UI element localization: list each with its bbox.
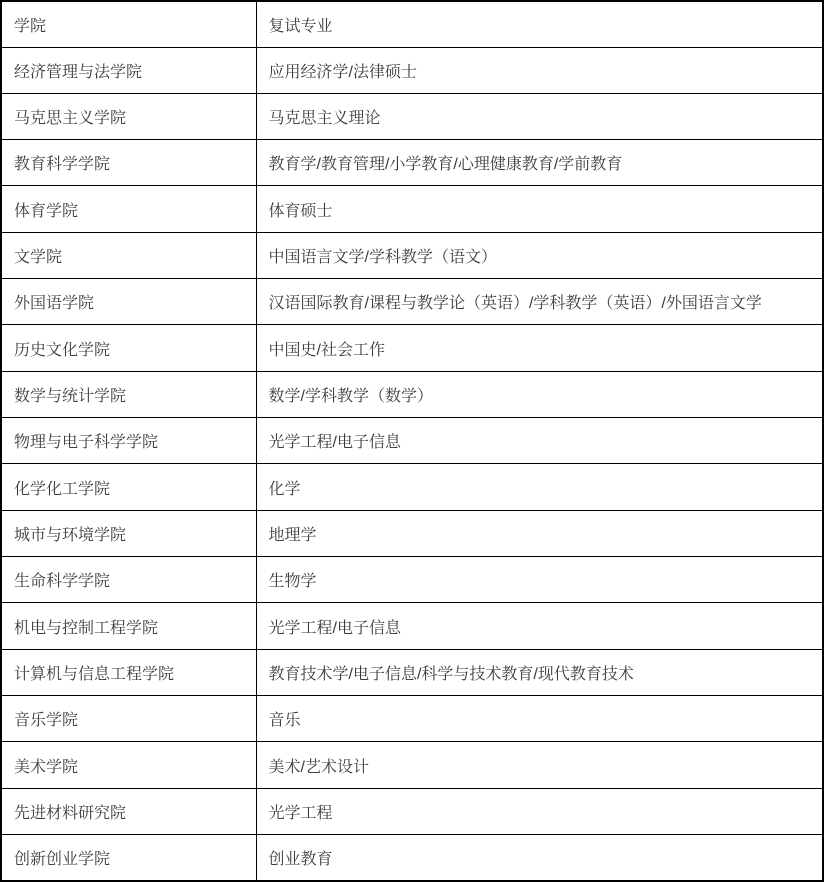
college-cell: 创新创业学院 — [1, 835, 256, 881]
table-row: 机电与控制工程学院 光学工程/电子信息 — [1, 603, 823, 649]
table-row: 先进材料研究院 光学工程 — [1, 788, 823, 834]
majors-cell: 地理学 — [256, 510, 823, 556]
admission-table: 学院 复试专业 经济管理与法学院 应用经济学/法律硕士 马克思主义学院 马克思主… — [0, 0, 824, 882]
majors-cell: 中国语言文学/学科教学（语文） — [256, 232, 823, 278]
table-row: 创新创业学院 创业教育 — [1, 835, 823, 881]
majors-cell: 美术/艺术设计 — [256, 742, 823, 788]
college-cell: 计算机与信息工程学院 — [1, 649, 256, 695]
college-cell: 机电与控制工程学院 — [1, 603, 256, 649]
majors-cell: 应用经济学/法律硕士 — [256, 47, 823, 93]
majors-cell: 光学工程 — [256, 788, 823, 834]
college-cell: 马克思主义学院 — [1, 93, 256, 139]
table-row: 计算机与信息工程学院 教育技术学/电子信息/科学与技术教育/现代教育技术 — [1, 649, 823, 695]
table-row: 化学化工学院 化学 — [1, 464, 823, 510]
table-row: 音乐学院 音乐 — [1, 696, 823, 742]
table-row: 外国语学院 汉语国际教育/课程与教学论（英语）/学科教学（英语）/外国语言文学 — [1, 279, 823, 325]
majors-cell: 光学工程/电子信息 — [256, 418, 823, 464]
college-cell: 历史文化学院 — [1, 325, 256, 371]
college-cell: 城市与环境学院 — [1, 510, 256, 556]
table-row: 生命科学学院 生物学 — [1, 557, 823, 603]
majors-cell: 音乐 — [256, 696, 823, 742]
table-row: 经济管理与法学院 应用经济学/法律硕士 — [1, 47, 823, 93]
majors-cell: 汉语国际教育/课程与教学论（英语）/学科教学（英语）/外国语言文学 — [256, 279, 823, 325]
table-row: 体育学院 体育硕士 — [1, 186, 823, 232]
majors-cell: 教育学/教育管理/小学教育/心理健康教育/学前教育 — [256, 140, 823, 186]
table-body: 经济管理与法学院 应用经济学/法律硕士 马克思主义学院 马克思主义理论 教育科学… — [1, 47, 823, 881]
college-cell: 物理与电子科学学院 — [1, 418, 256, 464]
majors-cell: 教育技术学/电子信息/科学与技术教育/现代教育技术 — [256, 649, 823, 695]
college-cell: 体育学院 — [1, 186, 256, 232]
table-row: 马克思主义学院 马克思主义理论 — [1, 93, 823, 139]
college-cell: 教育科学学院 — [1, 140, 256, 186]
majors-cell: 创业教育 — [256, 835, 823, 881]
college-cell: 音乐学院 — [1, 696, 256, 742]
college-cell: 化学化工学院 — [1, 464, 256, 510]
majors-cell: 光学工程/电子信息 — [256, 603, 823, 649]
majors-cell: 马克思主义理论 — [256, 93, 823, 139]
majors-column-header: 复试专业 — [256, 1, 823, 47]
college-cell: 文学院 — [1, 232, 256, 278]
college-cell: 外国语学院 — [1, 279, 256, 325]
college-cell: 生命科学学院 — [1, 557, 256, 603]
table-row: 历史文化学院 中国史/社会工作 — [1, 325, 823, 371]
table-row: 教育科学学院 教育学/教育管理/小学教育/心理健康教育/学前教育 — [1, 140, 823, 186]
table-row: 城市与环境学院 地理学 — [1, 510, 823, 556]
majors-cell: 中国史/社会工作 — [256, 325, 823, 371]
college-column-header: 学院 — [1, 1, 256, 47]
table-row: 数学与统计学院 数学/学科教学（数学） — [1, 371, 823, 417]
majors-cell: 体育硕士 — [256, 186, 823, 232]
college-cell: 数学与统计学院 — [1, 371, 256, 417]
table-row: 美术学院 美术/艺术设计 — [1, 742, 823, 788]
table-row: 物理与电子科学学院 光学工程/电子信息 — [1, 418, 823, 464]
majors-cell: 生物学 — [256, 557, 823, 603]
college-cell: 先进材料研究院 — [1, 788, 256, 834]
header-row: 学院 复试专业 — [1, 1, 823, 47]
table-row: 文学院 中国语言文学/学科教学（语文） — [1, 232, 823, 278]
admission-table-container: 学院 复试专业 经济管理与法学院 应用经济学/法律硕士 马克思主义学院 马克思主… — [0, 0, 824, 882]
majors-cell: 数学/学科教学（数学） — [256, 371, 823, 417]
college-cell: 经济管理与法学院 — [1, 47, 256, 93]
college-cell: 美术学院 — [1, 742, 256, 788]
majors-cell: 化学 — [256, 464, 823, 510]
